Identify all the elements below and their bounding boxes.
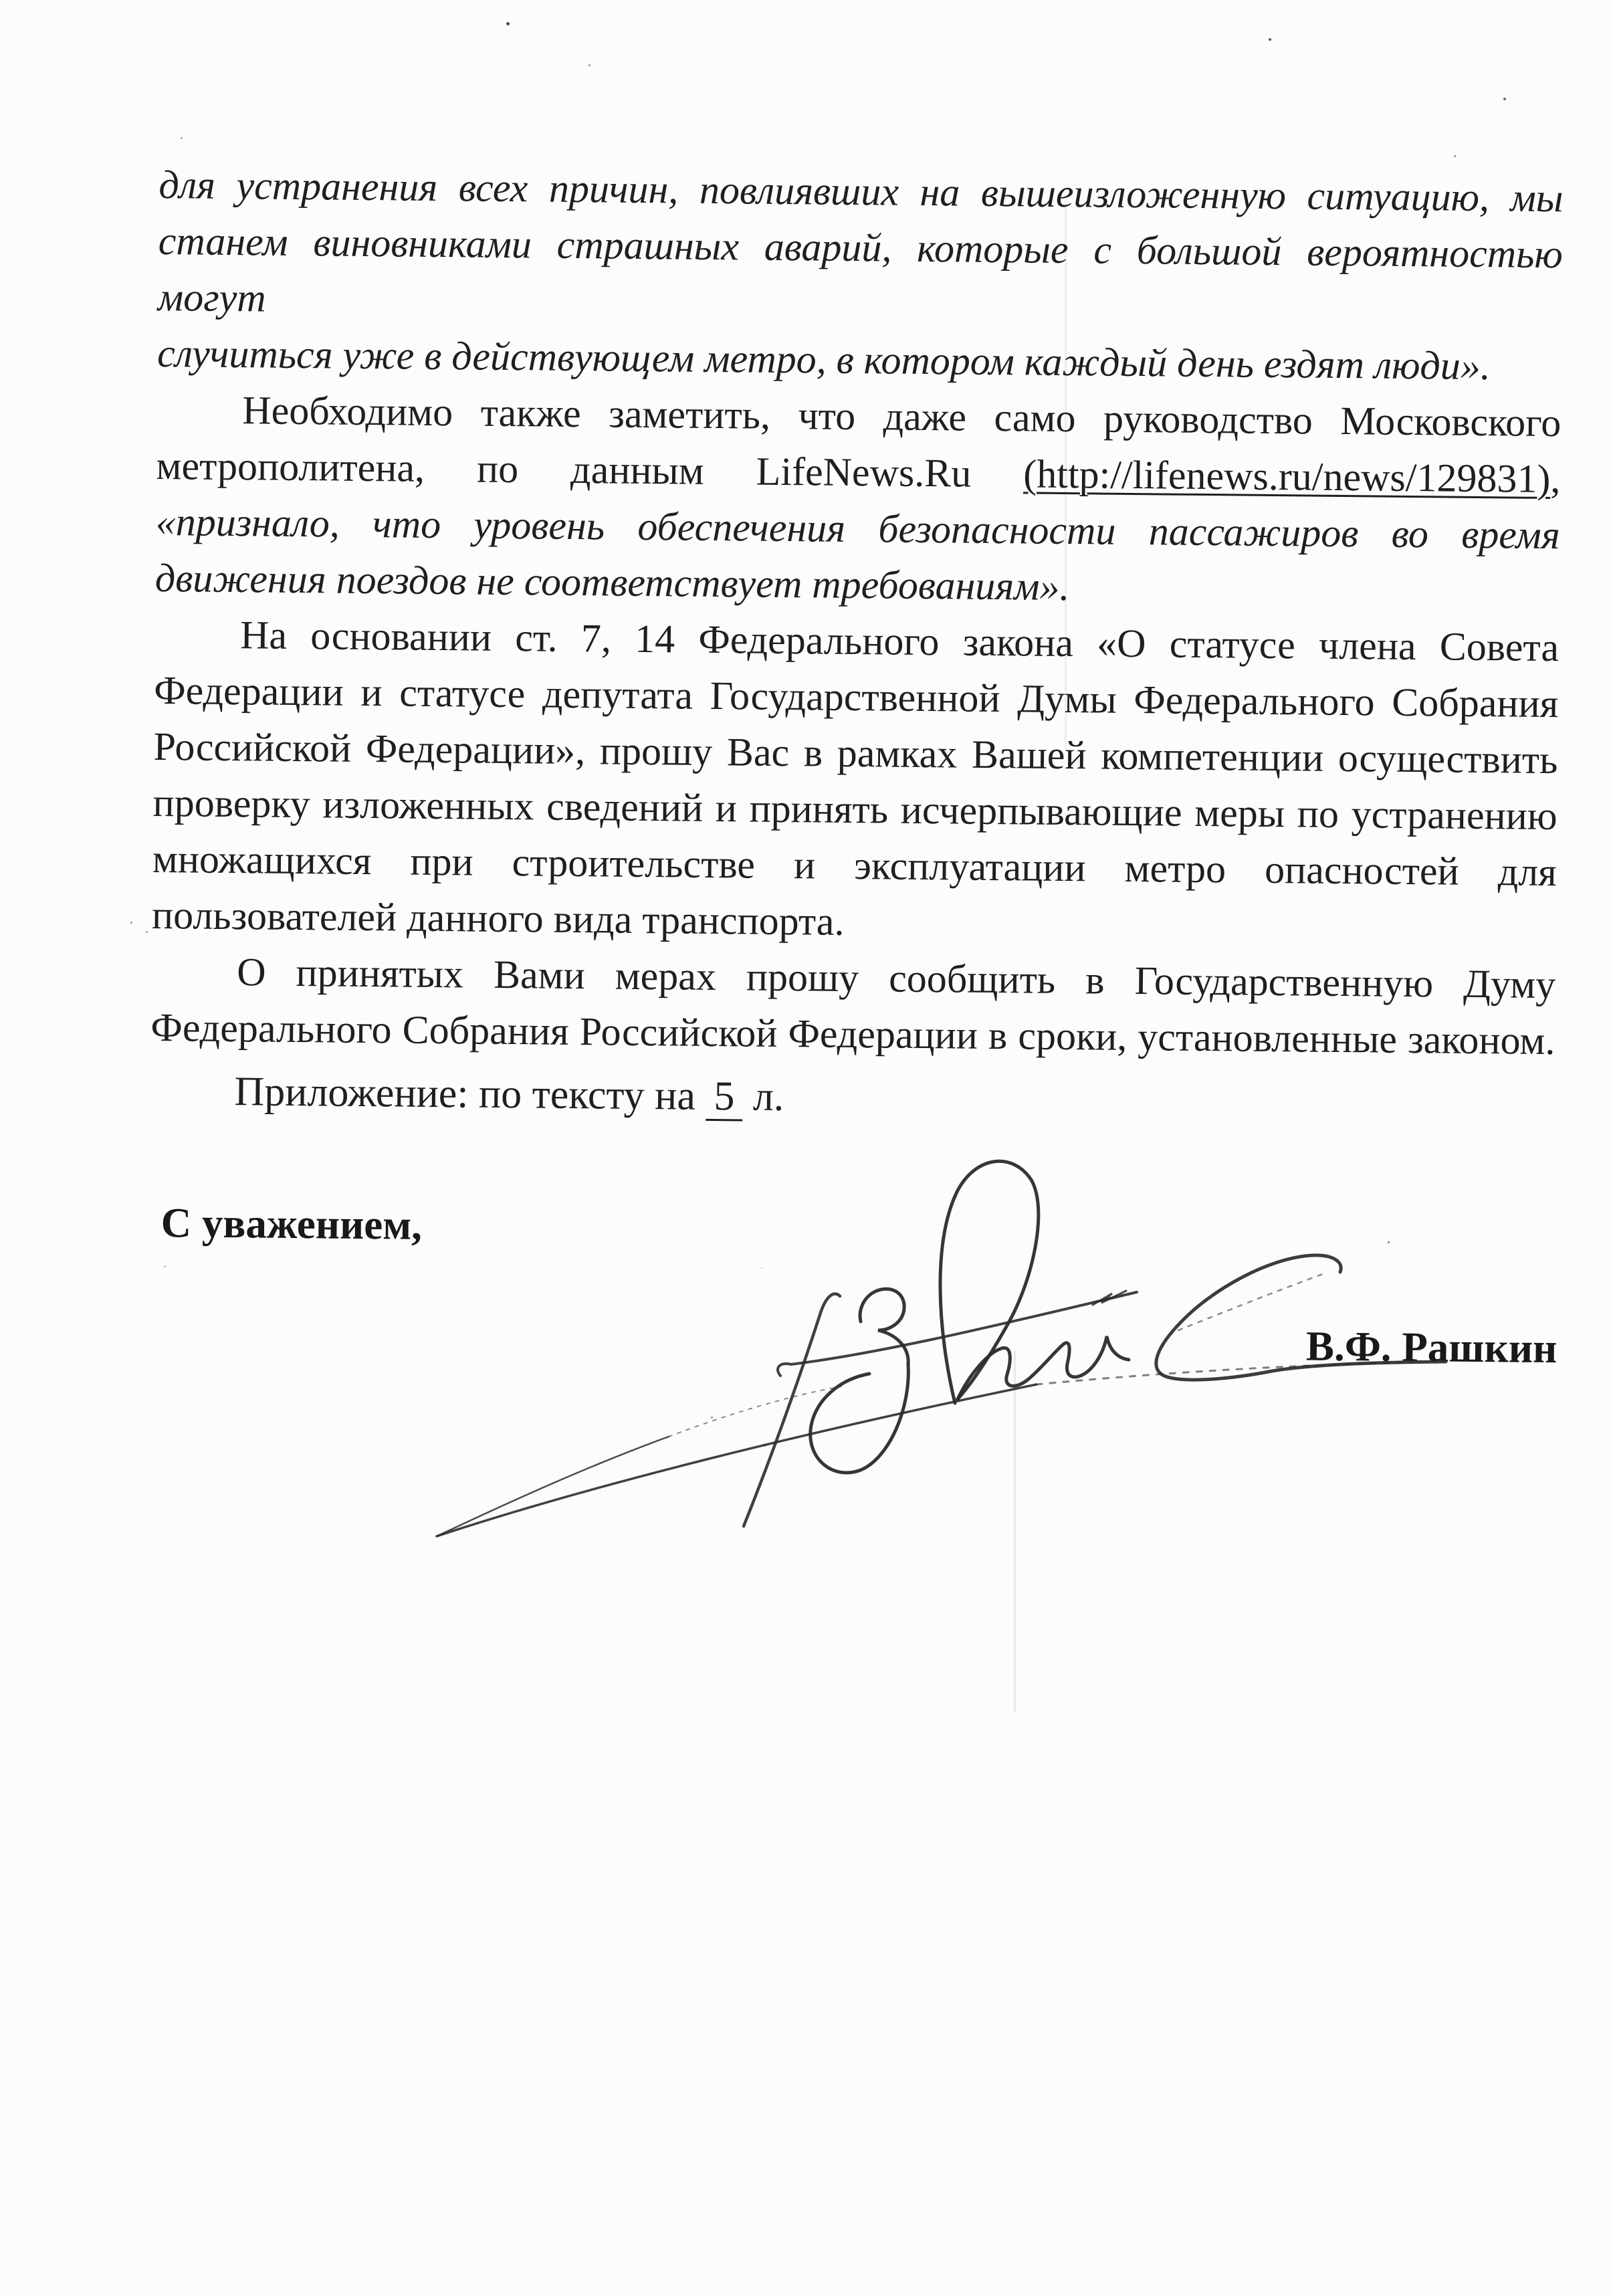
signature-scribble (0, 0, 1611, 2296)
scanned-letter-page: для устранения всех причин, повлиявших н… (0, 0, 1611, 2296)
